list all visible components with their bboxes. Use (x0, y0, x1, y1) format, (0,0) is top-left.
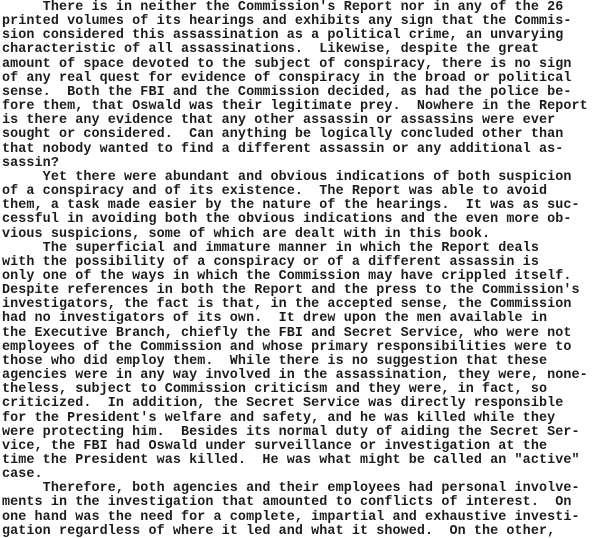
document-page: There is in neither the Commission's Rep… (0, 0, 600, 538)
paragraph: The superficial and immature manner in w… (2, 242, 600, 483)
paragraph: Therefore, both agencies and their emplo… (2, 482, 600, 538)
paragraph: Yet there were abundant and obvious indi… (2, 171, 600, 242)
page-text: There is in neither the Commission's Rep… (2, 1, 600, 538)
paragraph: There is in neither the Commission's Rep… (2, 1, 600, 171)
